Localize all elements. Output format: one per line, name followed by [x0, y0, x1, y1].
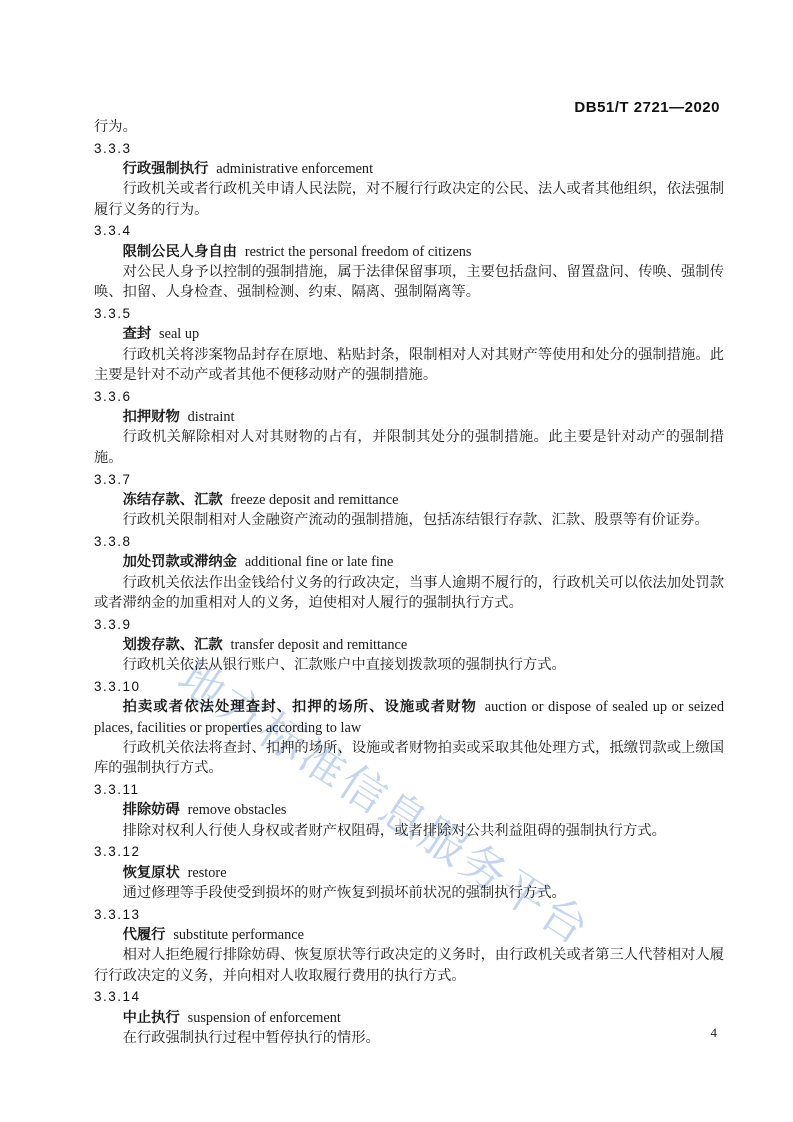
- page-number: 4: [711, 1025, 718, 1040]
- term-english: additional fine or late fine: [245, 554, 393, 570]
- clause-number: 3.3.4: [94, 221, 724, 241]
- clause-section: 3.3.4 限制公民人身自由restrict the personal free…: [94, 221, 724, 302]
- term-chinese: 拍卖或者依法处理查封、扣押的场所、设施或者财物: [123, 699, 477, 715]
- clause-number: 3.3.3: [94, 139, 724, 159]
- clause-number: 3.3.13: [94, 905, 724, 925]
- clause-number: 3.3.8: [94, 532, 724, 552]
- definition-paragraph: 行政机关将涉案物品封存在原地、粘贴封条，限制相对人对其财产等使用和处分的强制措施…: [94, 345, 724, 386]
- term-chinese: 扣押财物: [123, 409, 180, 425]
- term-chinese: 划拨存款、汇款: [123, 637, 223, 653]
- clause-number: 3.3.6: [94, 387, 724, 407]
- definition-paragraph: 行政机关依法将查封、扣押的场所、设施或者财物拍卖或采取其他处理方式，抵缴罚款或上…: [94, 738, 724, 779]
- clause-number: 3.3.9: [94, 615, 724, 635]
- continued-paragraph: 行为。: [94, 117, 724, 137]
- term-line: 查封seal up: [94, 324, 724, 344]
- clause-section: 3.3.3 行政强制执行administrative enforcement 行…: [94, 139, 724, 220]
- clause-section: 3.3.5 查封seal up 行政机关将涉案物品封存在原地、粘贴封条，限制相对…: [94, 304, 724, 385]
- definition-paragraph: 行政机关解除相对人对其财物的占有，并限制其处分的强制措施。此主要是针对动产的强制…: [94, 427, 724, 468]
- term-chinese: 代履行: [123, 927, 166, 943]
- definition-paragraph: 行政机关限制相对人金融资产流动的强制措施，包括冻结银行存款、汇款、股票等有价证券…: [94, 510, 724, 530]
- clause-section: 3.3.10 拍卖或者依法处理查封、扣押的场所、设施或者财物auction or…: [94, 677, 724, 778]
- term-english: seal up: [159, 326, 199, 342]
- term-english: restrict the personal freedom of citizen…: [245, 244, 472, 260]
- definition-paragraph: 通过修理等手段使受到损坏的财产恢复到损坏前状况的强制执行方式。: [94, 883, 724, 903]
- term-chinese: 冻结存款、汇款: [123, 492, 223, 508]
- definition-paragraph: 行政机关依法从银行账户、汇款账户中直接划拨款项的强制执行方式。: [94, 655, 724, 675]
- term-english: restore: [188, 865, 227, 881]
- definition-paragraph: 排除对权利人行使人身权或者财产权阻碍，或者排除对公共利益阻碍的强制执行方式。: [94, 821, 724, 841]
- clause-number: 3.3.10: [94, 677, 724, 697]
- definition-paragraph: 对公民人身予以控制的强制措施，属于法律保留事项，主要包括盘问、留置盘问、传唤、强…: [94, 262, 724, 303]
- term-chinese: 行政强制执行: [123, 161, 209, 177]
- clause-number: 3.3.5: [94, 304, 724, 324]
- term-line: 行政强制执行administrative enforcement: [94, 159, 724, 179]
- term-line: 限制公民人身自由restrict the personal freedom of…: [94, 242, 724, 262]
- term-chinese: 排除妨碍: [123, 802, 180, 818]
- page-header: DB51/T 2721—2020: [0, 99, 720, 117]
- clause-number: 3.3.7: [94, 470, 724, 490]
- clause-number: 3.3.12: [94, 842, 724, 862]
- document-body: 行为。 3.3.3 行政强制执行administrative enforceme…: [94, 117, 724, 1048]
- term-english: freeze deposit and remittance: [231, 492, 399, 508]
- term-english: remove obstacles: [188, 802, 287, 818]
- clause-section: 3.3.7 冻结存款、汇款freeze deposit and remittan…: [94, 470, 724, 531]
- term-line: 排除妨碍remove obstacles: [94, 800, 724, 820]
- term-chinese: 加处罚款或滞纳金: [123, 554, 237, 570]
- clause-section: 3.3.6 扣押财物distraint 行政机关解除相对人对其财物的占有，并限制…: [94, 387, 724, 468]
- term-english: substitute performance: [173, 927, 304, 943]
- term-line: 划拨存款、汇款transfer deposit and remittance: [94, 635, 724, 655]
- clause-section: 3.3.9 划拨存款、汇款transfer deposit and remitt…: [94, 615, 724, 676]
- term-chinese: 查封: [123, 326, 152, 342]
- terms-and-definitions-list: 3.3.3 行政强制执行administrative enforcement 行…: [94, 139, 724, 1049]
- term-english: distraint: [188, 409, 235, 425]
- page-footer: 4: [0, 1024, 717, 1042]
- clause-section: 3.3.8 加处罚款或滞纳金additional fine or late fi…: [94, 532, 724, 613]
- standard-code: DB51/T 2721—2020: [574, 99, 720, 116]
- term-line: 代履行substitute performance: [94, 925, 724, 945]
- definition-paragraph: 行政机关依法作出金钱给付义务的行政决定，当事人逾期不履行的，行政机关可以依法加处…: [94, 573, 724, 614]
- definition-paragraph: 行政机关或者行政机关申请人民法院，对不履行行政决定的公民、法人或者其他组织，依法…: [94, 179, 724, 220]
- clause-number: 3.3.14: [94, 987, 724, 1007]
- term-line: 冻结存款、汇款freeze deposit and remittance: [94, 490, 724, 510]
- term-english: transfer deposit and remittance: [231, 637, 408, 653]
- term-chinese: 恢复原状: [123, 865, 180, 881]
- document-page: 地方标准信息服务平台 DB51/T 2721—2020 行为。 3.3.3 行政…: [0, 0, 793, 1122]
- clause-section: 3.3.11 排除妨碍remove obstacles 排除对权利人行使人身权或…: [94, 780, 724, 841]
- term-line: 扣押财物distraint: [94, 407, 724, 427]
- term-line: 恢复原状restore: [94, 863, 724, 883]
- term-line: 加处罚款或滞纳金additional fine or late fine: [94, 552, 724, 572]
- clause-section: 3.3.12 恢复原状restore 通过修理等手段使受到损坏的财产恢复到损坏前…: [94, 842, 724, 903]
- clause-number: 3.3.11: [94, 780, 724, 800]
- term-chinese: 限制公民人身自由: [123, 244, 237, 260]
- clause-section: 3.3.13 代履行substitute performance 相对人拒绝履行…: [94, 905, 724, 986]
- term-english: administrative enforcement: [216, 161, 373, 177]
- term-line: 拍卖或者依法处理查封、扣押的场所、设施或者财物auction or dispos…: [94, 697, 724, 738]
- definition-paragraph: 相对人拒绝履行排除妨碍、恢复原状等行政决定的义务时，由行政机关或者第三人代替相对…: [94, 945, 724, 986]
